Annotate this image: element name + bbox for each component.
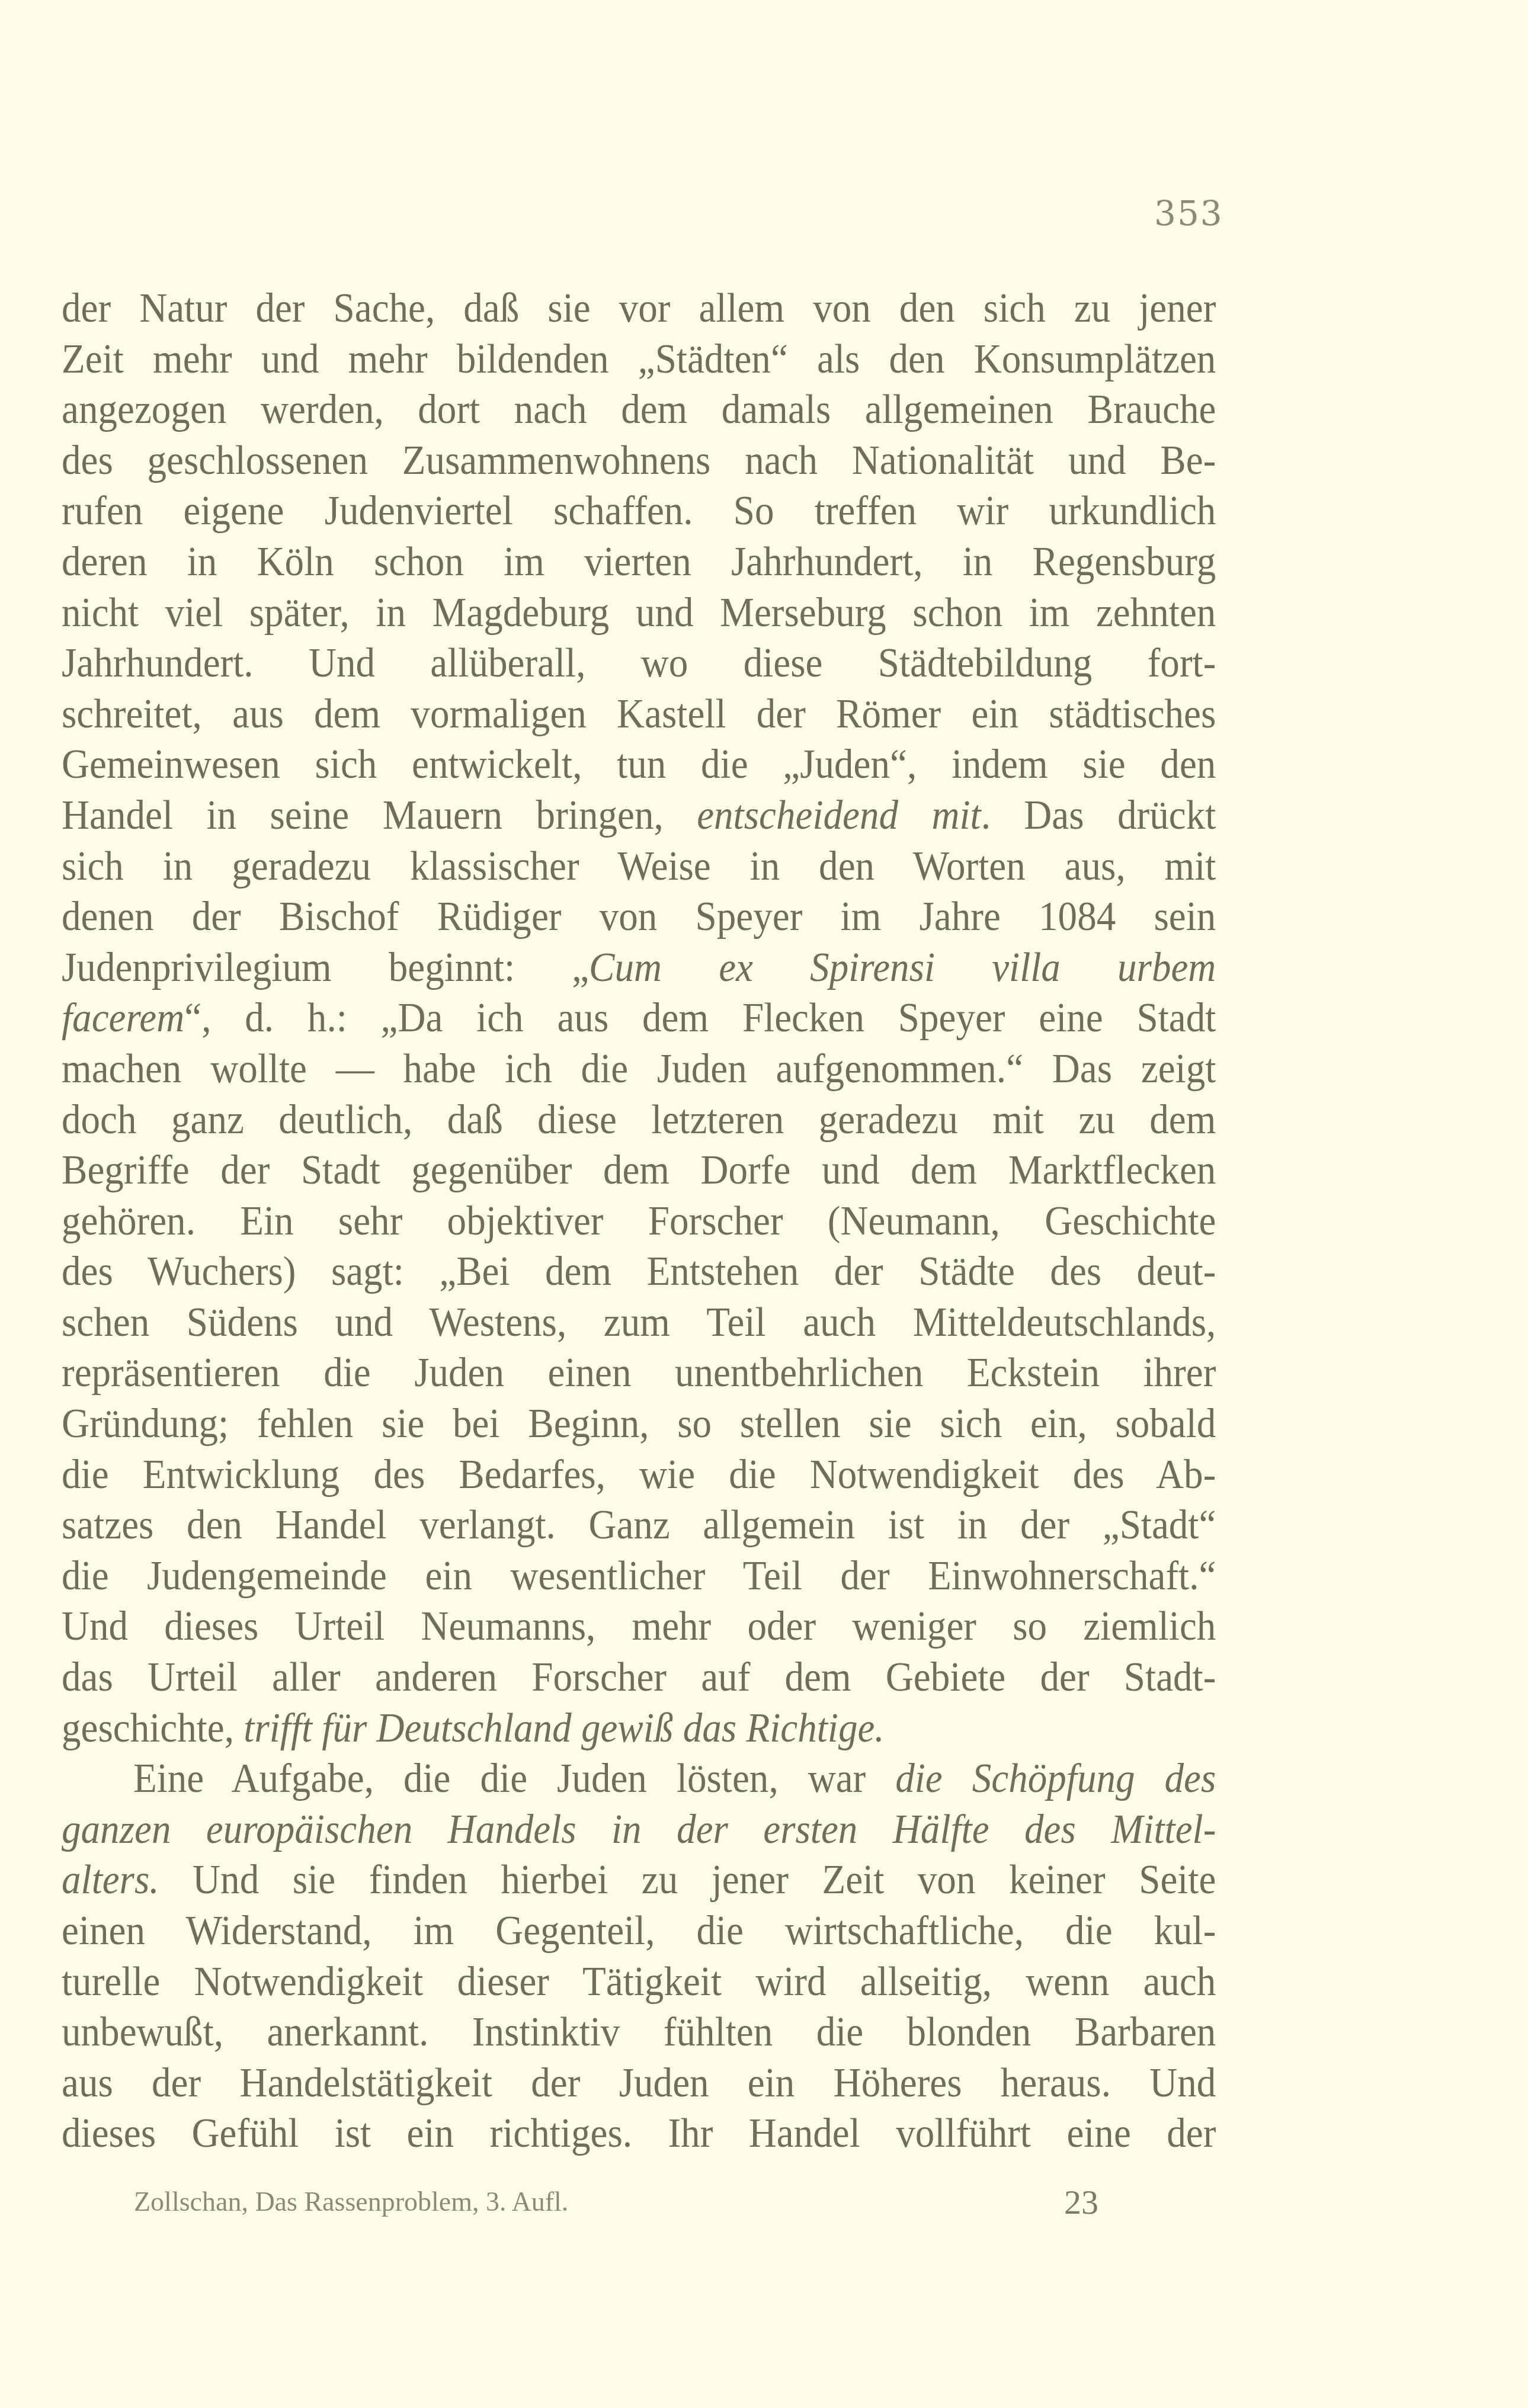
text-span: des Wuchers) sagt: „Bei dem Entstehen de… xyxy=(62,1249,1216,1294)
text-span: Gemeinwesen sich entwickelt, tun die „Ju… xyxy=(62,742,1216,787)
text-line: turelle Notwendigkeit dieser Tätigkeit w… xyxy=(62,1957,1216,2008)
text-line: schen Südens und Westens, zum Teil auch … xyxy=(62,1297,1216,1348)
footer-imprint: Zollschan, Das Rassenproblem, 3. Aufl. xyxy=(134,2186,1082,2217)
text-span: einen Widerstand, im Gegenteil, die wirt… xyxy=(62,1908,1216,1954)
text-line: einen Widerstand, im Gegenteil, die wirt… xyxy=(62,1906,1216,1957)
text-line: die Judengemeinde ein wesentlicher Teil … xyxy=(62,1551,1216,1602)
text-line: Zeit mehr und mehr bildenden „Städten“ a… xyxy=(62,334,1216,385)
text-span: sich in geradezu klassischer Weise in de… xyxy=(62,844,1216,889)
text-span: Judenprivilegium beginnt: „ xyxy=(62,945,589,990)
text-span: Eine Aufgabe, die die Juden lösten, war xyxy=(133,1756,895,1801)
text-span: “, d. h.: „Da ich aus dem Flecken Speyer… xyxy=(184,995,1216,1041)
text-line: schreitet, aus dem vormaligen Kastell de… xyxy=(62,689,1216,740)
text-line: rufen eigene Judenviertel schaffen. So t… xyxy=(62,486,1216,537)
text-span: unbewußt, anerkannt. Instinktiv fühlten … xyxy=(62,2009,1216,2055)
text-line: Begriffe der Stadt gegenüber dem Dorfe u… xyxy=(62,1145,1216,1196)
text-line: ganzen europäischen Handels in der erste… xyxy=(62,1804,1216,1855)
text-span: machen wollte — habe ich die Juden aufge… xyxy=(62,1046,1216,1092)
italic-span: alters. xyxy=(62,1857,159,1903)
text-span: geschichte, xyxy=(62,1705,244,1751)
text-line: des geschlossenen Zusammenwohnens nach N… xyxy=(62,435,1216,486)
text-line: sich in geradezu klassischer Weise in de… xyxy=(62,841,1216,892)
text-line: Jahrhundert. Und allüberall, wo diese St… xyxy=(62,638,1216,689)
text-line: machen wollte — habe ich die Juden aufge… xyxy=(62,1044,1216,1095)
text-line: denen der Bischof Rüdiger von Speyer im … xyxy=(62,892,1216,942)
text-span: denen der Bischof Rüdiger von Speyer im … xyxy=(62,894,1216,940)
text-span: . Das drückt xyxy=(981,793,1216,838)
text-span: nicht viel später, in Magdeburg und Mers… xyxy=(62,590,1216,636)
italic-span: die Schöpfung des xyxy=(895,1756,1216,1801)
italic-span: trifft für Deutschland gewiß das Richtig… xyxy=(244,1705,884,1751)
text-line: dieses Gefühl ist ein richtiges. Ihr Han… xyxy=(62,2108,1216,2159)
italic-span: Cum ex Spirensi villa urbem xyxy=(589,945,1216,990)
text-line: des Wuchers) sagt: „Bei dem Entstehen de… xyxy=(62,1246,1216,1297)
text-span: die Entwicklung des Bedarfes, wie die No… xyxy=(62,1452,1216,1498)
text-line: deren in Köln schon im vierten Jahrhunde… xyxy=(62,537,1216,588)
text-span: das Urteil aller anderen Forscher auf de… xyxy=(62,1655,1216,1700)
text-line: das Urteil aller anderen Forscher auf de… xyxy=(62,1652,1216,1703)
text-span: doch ganz deutlich, daß diese letzteren … xyxy=(62,1097,1216,1143)
text-span: schreitet, aus dem vormaligen Kastell de… xyxy=(62,691,1216,737)
text-span: Zeit mehr und mehr bildenden „Städten“ a… xyxy=(62,336,1216,382)
text-line: Gründung; fehlen sie bei Beginn, so stel… xyxy=(62,1399,1216,1450)
text-line: alters. Und sie finden hierbei zu jener … xyxy=(62,1855,1216,1906)
text-span: dieses Gefühl ist ein richtiges. Ihr Han… xyxy=(62,2111,1216,2156)
text-span: Jahrhundert. Und allüberall, wo diese St… xyxy=(62,640,1216,686)
body-text: der Natur der Sache, daß sie vor allem v… xyxy=(62,283,1216,2159)
text-span: turelle Notwendigkeit dieser Tätigkeit w… xyxy=(62,1959,1216,2005)
text-span: Und sie finden hierbei zu jener Zeit von… xyxy=(159,1857,1216,1903)
text-span: des geschlossenen Zusammenwohnens nach N… xyxy=(62,438,1216,483)
italic-span: ganzen europäischen Handels in der erste… xyxy=(62,1807,1216,1852)
text-span: der Natur der Sache, daß sie vor allem v… xyxy=(62,286,1216,331)
text-line: Judenprivilegium beginnt: „Cum ex Spiren… xyxy=(62,942,1216,993)
text-span: angezogen werden, dort nach dem damals a… xyxy=(62,387,1216,432)
text-span: die Judengemeinde ein wesentlicher Teil … xyxy=(62,1553,1216,1599)
text-span: aus der Handelstätigkeit der Juden ein H… xyxy=(62,2060,1216,2106)
text-span: gehören. Ein sehr objektiver Forscher (N… xyxy=(62,1198,1216,1244)
text-span: schen Südens und Westens, zum Teil auch … xyxy=(62,1300,1216,1345)
text-span: rufen eigene Judenviertel schaffen. So t… xyxy=(62,488,1216,534)
text-line: die Entwicklung des Bedarfes, wie die No… xyxy=(62,1450,1216,1500)
italic-span: facerem xyxy=(62,995,184,1041)
text-line: aus der Handelstätigkeit der Juden ein H… xyxy=(62,2058,1216,2109)
text-line: doch ganz deutlich, daß diese letzteren … xyxy=(62,1095,1216,1146)
text-span: repräsentieren die Juden einen unentbehr… xyxy=(62,1350,1216,1396)
text-line: Und dieses Urteil Neumanns, mehr oder we… xyxy=(62,1601,1216,1652)
text-line: geschichte, trifft für Deutschland gewiß… xyxy=(62,1703,1216,1754)
text-line: Handel in seine Mauern bringen, entschei… xyxy=(62,790,1216,841)
text-line: der Natur der Sache, daß sie vor allem v… xyxy=(62,283,1216,334)
footer-signature-mark: 23 xyxy=(1064,2182,1098,2222)
text-line: angezogen werden, dort nach dem damals a… xyxy=(62,384,1216,435)
text-span: satzes den Handel verlangt. Ganz allgeme… xyxy=(62,1502,1216,1548)
text-span: Handel in seine Mauern bringen, xyxy=(62,793,697,838)
text-line: facerem“, d. h.: „Da ich aus dem Flecken… xyxy=(62,993,1216,1044)
text-span: Gründung; fehlen sie bei Beginn, so stel… xyxy=(62,1401,1216,1447)
text-span: Und dieses Urteil Neumanns, mehr oder we… xyxy=(62,1604,1216,1649)
text-span: Begriffe der Stadt gegenüber dem Dorfe u… xyxy=(62,1147,1216,1193)
text-line: nicht viel später, in Magdeburg und Mers… xyxy=(62,588,1216,639)
text-line: repräsentieren die Juden einen unentbehr… xyxy=(62,1348,1216,1399)
text-line: unbewußt, anerkannt. Instinktiv fühlten … xyxy=(62,2007,1216,2058)
text-line: Gemeinwesen sich entwickelt, tun die „Ju… xyxy=(62,739,1216,790)
page-number: 353 xyxy=(1154,193,1223,233)
text-line: gehören. Ein sehr objektiver Forscher (N… xyxy=(62,1196,1216,1247)
text-line: satzes den Handel verlangt. Ganz allgeme… xyxy=(62,1500,1216,1551)
text-span: deren in Köln schon im vierten Jahrhunde… xyxy=(62,539,1216,585)
text-line: Eine Aufgabe, die die Juden lösten, war … xyxy=(62,1753,1216,1804)
italic-span: entscheidend mit xyxy=(697,793,981,838)
